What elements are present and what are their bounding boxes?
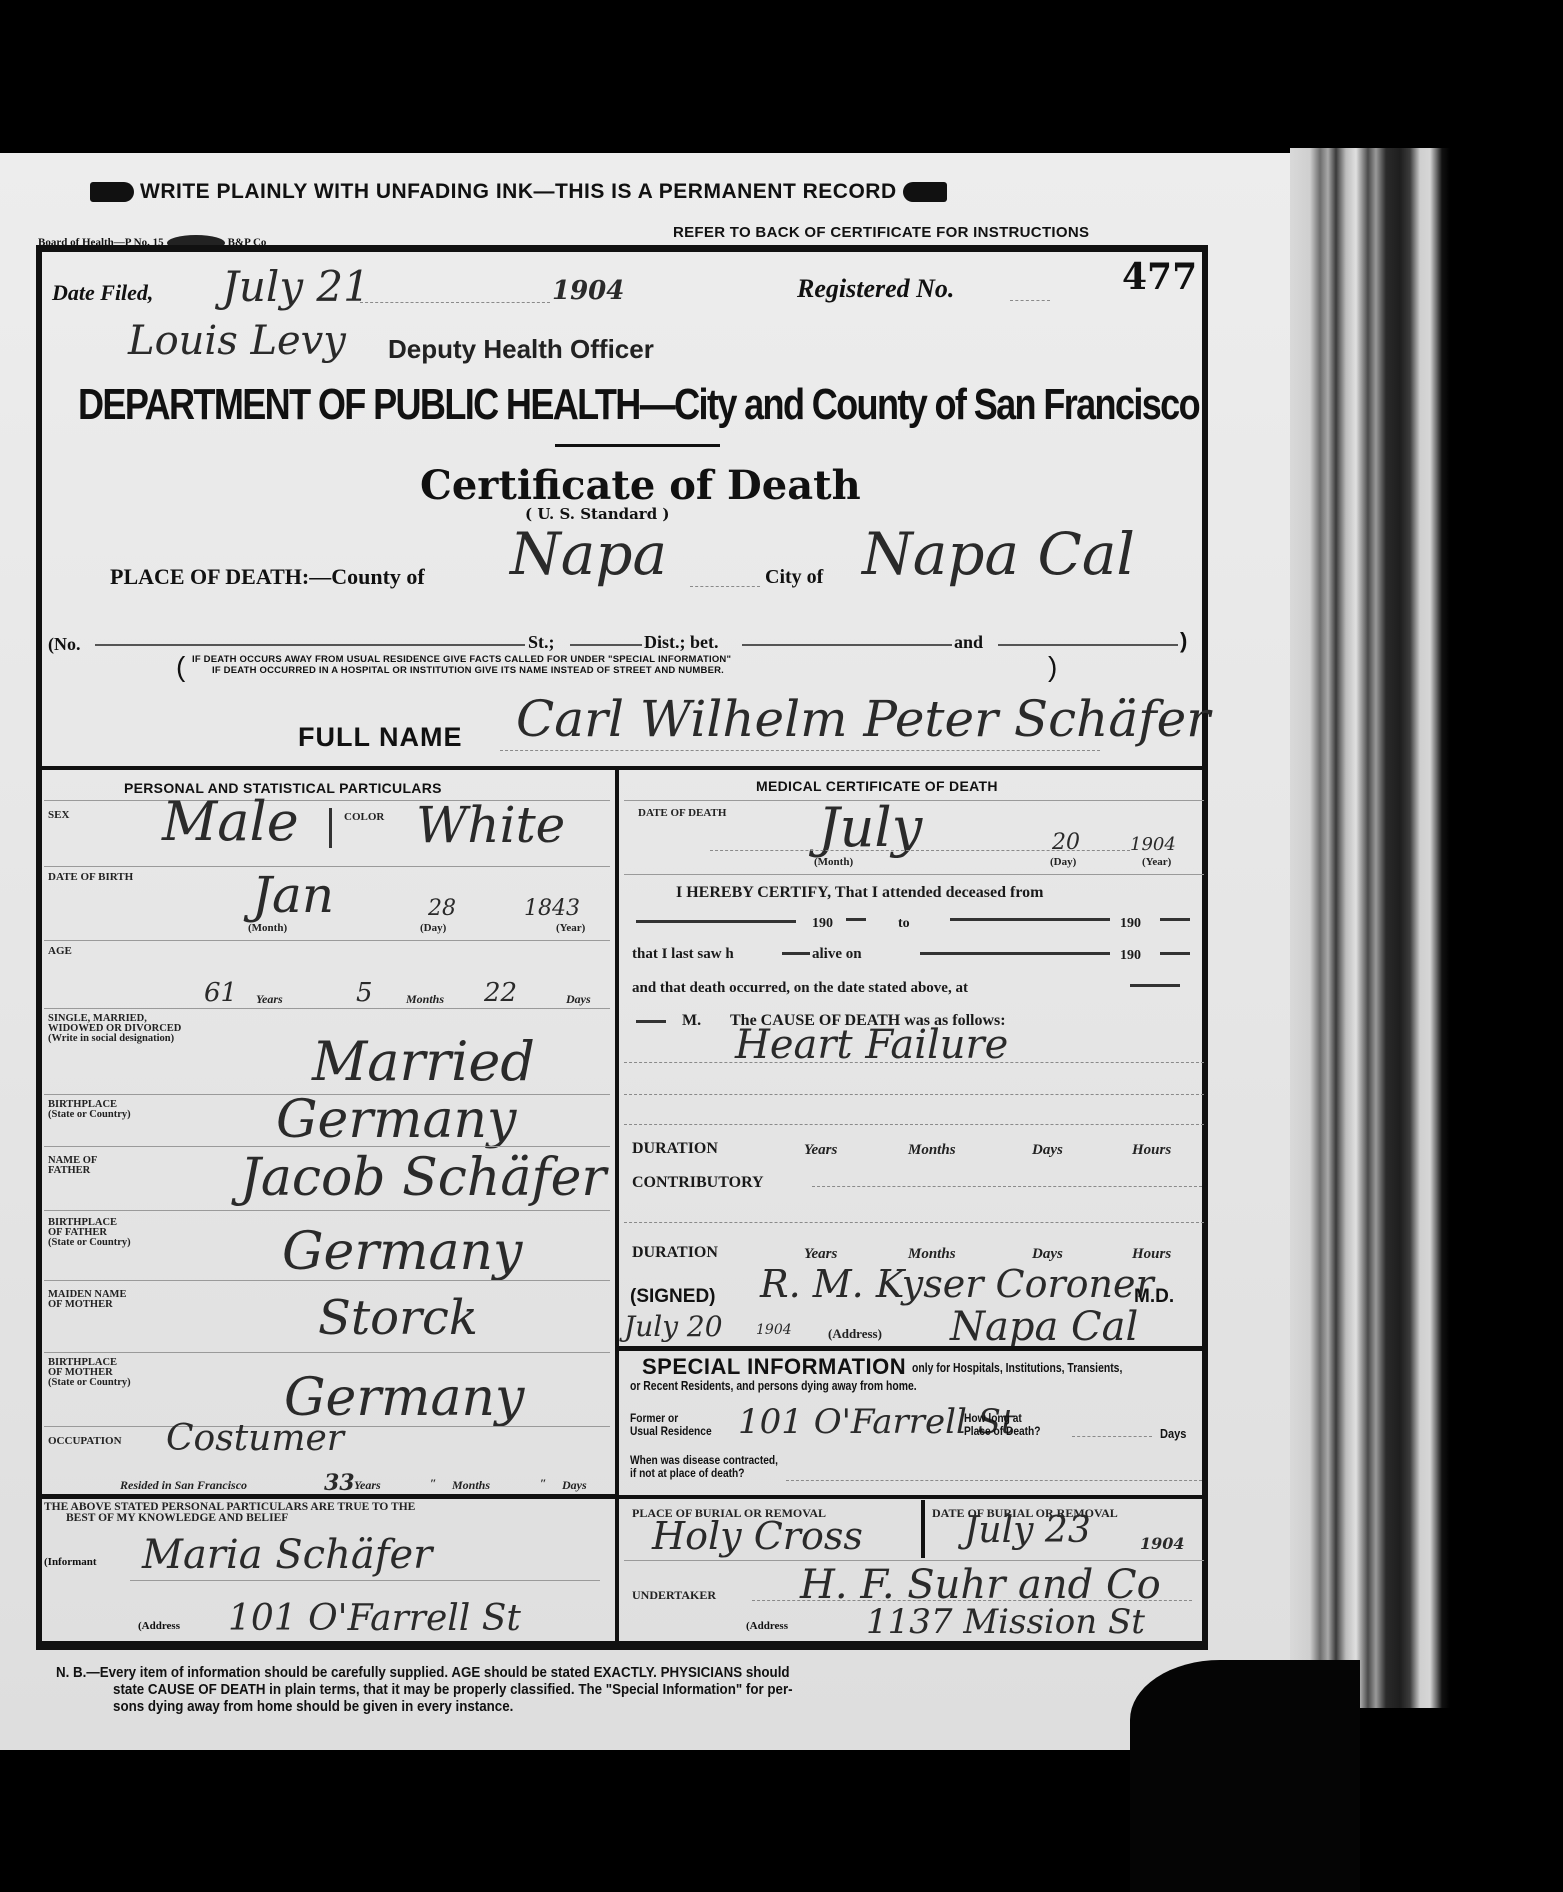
year-prefix: 190 bbox=[1120, 948, 1141, 964]
cause-line-2 bbox=[624, 1094, 1204, 1095]
signed-value: R. M. Kyser Coroner bbox=[760, 1262, 1154, 1306]
resided-months: ″ bbox=[430, 1476, 437, 1491]
certificate-title: Certificate of Death bbox=[420, 462, 861, 509]
attended-from-line bbox=[636, 920, 796, 923]
year-caption: (Year) bbox=[556, 922, 585, 934]
dob-label: DATE OF BIRTH bbox=[48, 872, 133, 883]
cause-line-1 bbox=[624, 1062, 1204, 1063]
contracted-label: When was disease contracted, if not at p… bbox=[630, 1454, 778, 1480]
death-time-line bbox=[1130, 984, 1180, 987]
how-long-line bbox=[1072, 1436, 1152, 1437]
duration-days: Days bbox=[1032, 1142, 1063, 1159]
dob-year: 1843 bbox=[524, 896, 580, 921]
dist-line bbox=[742, 644, 952, 646]
medical-heading: MEDICAL CERTIFICATE OF DEATH bbox=[756, 778, 998, 794]
signed-address-label: (Address) bbox=[828, 1326, 882, 1342]
age-years: 61 bbox=[204, 978, 237, 1008]
informant-line bbox=[130, 1580, 600, 1581]
mother-birthplace-label: BIRTHPLACE OF MOTHER (State or Country) bbox=[48, 1358, 131, 1388]
days-unit: Days bbox=[566, 992, 591, 1007]
dod-line bbox=[710, 850, 1130, 851]
pointing-hand-icon bbox=[903, 182, 947, 202]
duration-months: Months bbox=[908, 1142, 956, 1159]
signed-label: (SIGNED) bbox=[630, 1286, 716, 1308]
section-divider bbox=[36, 766, 1208, 770]
burial-date-value: July 23 bbox=[964, 1510, 1091, 1551]
city-label: City of bbox=[765, 566, 823, 589]
title-rule bbox=[555, 444, 720, 447]
dod-year-caption: (Year) bbox=[1142, 856, 1171, 868]
full-name-label: FULL NAME bbox=[298, 722, 463, 753]
duration-years: Years bbox=[804, 1142, 837, 1159]
county-value: Napa bbox=[510, 520, 667, 588]
resided-days-unit: Days bbox=[562, 1478, 587, 1493]
row-rule bbox=[44, 1210, 610, 1211]
occupation-value: Costumer bbox=[166, 1418, 344, 1459]
sex-color-divider bbox=[329, 808, 332, 848]
date-filed-value: July 21 bbox=[222, 262, 370, 311]
dod-label: DATE OF DEATH bbox=[638, 808, 726, 819]
date-filed-year: 1904 bbox=[552, 276, 624, 306]
mother-value: Storck bbox=[318, 1290, 478, 1346]
months-unit: Months bbox=[406, 992, 444, 1007]
city-value: Napa Cal bbox=[862, 520, 1135, 588]
thumb-shadow bbox=[1130, 1660, 1360, 1892]
officer-signature: Louis Levy bbox=[128, 318, 346, 364]
special-heading: SPECIAL INFORMATION bbox=[642, 1354, 906, 1380]
duration-label: DURATION bbox=[632, 1140, 718, 1158]
resided-label: Resided in San Francisco bbox=[120, 1478, 247, 1493]
mother-label: MAIDEN NAME OF MOTHER bbox=[48, 1290, 126, 1310]
close-paren: ) bbox=[1180, 628, 1187, 654]
full-name-line bbox=[500, 750, 1100, 751]
pointing-hand-icon bbox=[90, 182, 134, 202]
attestation: THE ABOVE STATED PERSONAL PARTICULARS AR… bbox=[44, 1502, 415, 1524]
color-value: White bbox=[416, 796, 565, 854]
year-prefix: 190 bbox=[1120, 916, 1141, 932]
resided-days: ″ bbox=[540, 1476, 547, 1491]
date-filed-line bbox=[360, 302, 550, 303]
informant-address-label: (Address bbox=[138, 1620, 180, 1632]
row-rule bbox=[44, 1280, 610, 1281]
sex-label: SEX bbox=[48, 810, 69, 821]
special-note-1: only for Hospitals, Institutions, Transi… bbox=[912, 1360, 1122, 1375]
dist-label: Dist.; bet. bbox=[644, 632, 719, 653]
dod-year: 1904 bbox=[1130, 834, 1176, 855]
resided-months-unit: Months bbox=[452, 1478, 490, 1493]
resided-years: 33 bbox=[324, 1470, 355, 1496]
informant-label: (Informant bbox=[44, 1556, 97, 1568]
alive-on-line bbox=[920, 952, 1110, 955]
st-line bbox=[570, 644, 642, 646]
contracted-line bbox=[786, 1480, 1202, 1481]
st-label: St.; bbox=[528, 632, 555, 653]
occupation-label: OCCUPATION bbox=[48, 1436, 122, 1447]
footer-note: N. B.—Every item of information should b… bbox=[56, 1665, 1031, 1716]
date-filed-label: Date Filed, bbox=[52, 280, 153, 306]
personal-attest-divider bbox=[36, 1494, 616, 1499]
age-days: 22 bbox=[484, 978, 517, 1008]
years-unit: Years bbox=[256, 992, 283, 1007]
informant-address: 101 O'Farrell St bbox=[228, 1598, 521, 1639]
day-caption: (Day) bbox=[420, 922, 446, 934]
to-label: to bbox=[898, 916, 910, 932]
close-paren-instructions: ) bbox=[1048, 651, 1057, 683]
registered-number: 477 bbox=[1122, 256, 1197, 298]
age-label: AGE bbox=[48, 946, 72, 957]
burial-row-rule bbox=[624, 1560, 1204, 1561]
marital-label: SINGLE, MARRIED, WIDOWED OR DIVORCED (Wr… bbox=[48, 1014, 181, 1044]
month-caption: (Month) bbox=[248, 922, 287, 934]
color-label: COLOR bbox=[344, 812, 384, 823]
open-paren: ( bbox=[176, 651, 185, 683]
column-divider bbox=[615, 770, 619, 1645]
row-rule bbox=[624, 874, 1204, 875]
street-number-line bbox=[95, 644, 525, 646]
duration-label-2: DURATION bbox=[632, 1244, 718, 1262]
him-her-line bbox=[782, 952, 810, 955]
county-line bbox=[690, 586, 760, 587]
refer-instructions: REFER TO BACK OF CERTIFICATE FOR INSTRUC… bbox=[673, 224, 1089, 241]
special-info-divider bbox=[619, 1346, 1208, 1351]
cause-line-3 bbox=[624, 1124, 1204, 1125]
place-of-death-label: PLACE OF DEATH:—County of bbox=[110, 564, 425, 590]
dod-month-caption: (Month) bbox=[814, 856, 853, 868]
dob-day: 28 bbox=[428, 896, 456, 921]
days-label: Days bbox=[1160, 1426, 1186, 1441]
how-long-label: How long at Place of Death? bbox=[964, 1412, 1041, 1438]
burial-year: 1904 bbox=[1140, 1534, 1185, 1553]
year-suffix-line bbox=[1160, 952, 1190, 955]
signed-year: 1904 bbox=[756, 1322, 792, 1338]
informant-value: Maria Schäfer bbox=[142, 1532, 432, 1578]
binder-spine bbox=[1290, 148, 1450, 1708]
sex-value: Male bbox=[162, 790, 299, 853]
officer-title: Deputy Health Officer bbox=[388, 334, 654, 365]
row-rule bbox=[44, 1008, 610, 1009]
row-rule bbox=[44, 1146, 610, 1147]
birthplace-value: Germany bbox=[276, 1090, 516, 1150]
dob-month: Jan bbox=[252, 866, 334, 924]
attended-to-line bbox=[950, 918, 1110, 921]
duration-days-2: Days bbox=[1032, 1246, 1063, 1263]
burial-column-divider bbox=[921, 1500, 925, 1558]
duration-hours: Hours bbox=[1132, 1142, 1171, 1159]
special-note-2: or Recent Residents, and persons dying a… bbox=[630, 1378, 917, 1393]
father-birthplace-label: BIRTHPLACE OF FATHER (State or Country) bbox=[48, 1218, 131, 1248]
resided-years-unit: Years bbox=[354, 1478, 381, 1493]
m-label: M. bbox=[682, 1012, 701, 1030]
no-label: (No. bbox=[48, 634, 81, 655]
residence-instructions: IF DEATH OCCURS AWAY FROM USUAL RESIDENC… bbox=[192, 654, 731, 676]
contributory-line bbox=[812, 1186, 1202, 1187]
dod-day: 20 bbox=[1052, 830, 1080, 855]
undertaker-address: 1137 Mission St bbox=[866, 1602, 1145, 1642]
residence-label: Former or Usual Residence bbox=[630, 1412, 712, 1438]
burial-place-value: Holy Cross bbox=[652, 1514, 863, 1558]
father-label: NAME OF FATHER bbox=[48, 1156, 97, 1176]
top-banner: WRITE PLAINLY WITH UNFADING INK—THIS IS … bbox=[90, 180, 947, 204]
registered-line bbox=[1010, 300, 1050, 301]
father-birthplace-value: Germany bbox=[282, 1222, 522, 1282]
undertaker-line bbox=[752, 1600, 1192, 1601]
department-title: DEPARTMENT OF PUBLIC HEALTH—City and Cou… bbox=[78, 380, 1199, 430]
father-value: Jacob Schäfer bbox=[240, 1148, 606, 1208]
burial-divider bbox=[619, 1495, 1208, 1499]
undertaker-label: UNDERTAKER bbox=[632, 1590, 716, 1601]
year-suffix-line bbox=[1160, 918, 1190, 921]
undertaker-address-label: (Address bbox=[746, 1620, 788, 1632]
am-pm-line bbox=[636, 1020, 666, 1023]
signed-address: Napa Cal bbox=[950, 1304, 1138, 1350]
death-occurred-text: and that death occurred, on the date sta… bbox=[632, 980, 968, 997]
duration-years-2: Years bbox=[804, 1246, 837, 1263]
alive-on-label: alive on bbox=[812, 946, 862, 963]
certify-text: I HEREBY CERTIFY, That I attended deceas… bbox=[676, 884, 1043, 902]
dod-day-caption: (Day) bbox=[1050, 856, 1076, 868]
frame-bottom bbox=[36, 1643, 1208, 1650]
and-label: and bbox=[954, 632, 983, 653]
contributory-label: CONTRIBUTORY bbox=[632, 1174, 764, 1192]
signed-date: July 20 bbox=[624, 1310, 723, 1343]
year-suffix-line bbox=[846, 918, 866, 921]
full-name-value: Carl Wilhelm Peter Schäfer bbox=[516, 690, 1210, 748]
row-rule bbox=[44, 1352, 610, 1353]
and-line bbox=[998, 644, 1178, 646]
marital-value: Married bbox=[312, 1030, 535, 1093]
age-months: 5 bbox=[356, 978, 373, 1008]
md-label: M.D. bbox=[1134, 1286, 1174, 1308]
registered-label: Registered No. bbox=[797, 274, 954, 304]
contributory-line-2 bbox=[624, 1222, 1204, 1223]
duration-hours-2: Hours bbox=[1132, 1246, 1171, 1263]
birthplace-label: BIRTHPLACE (State or Country) bbox=[48, 1100, 131, 1120]
duration-months-2: Months bbox=[908, 1246, 956, 1263]
year-prefix: 190 bbox=[812, 916, 833, 932]
row-rule bbox=[44, 940, 610, 941]
last-saw-text: that I last saw h bbox=[632, 946, 734, 963]
